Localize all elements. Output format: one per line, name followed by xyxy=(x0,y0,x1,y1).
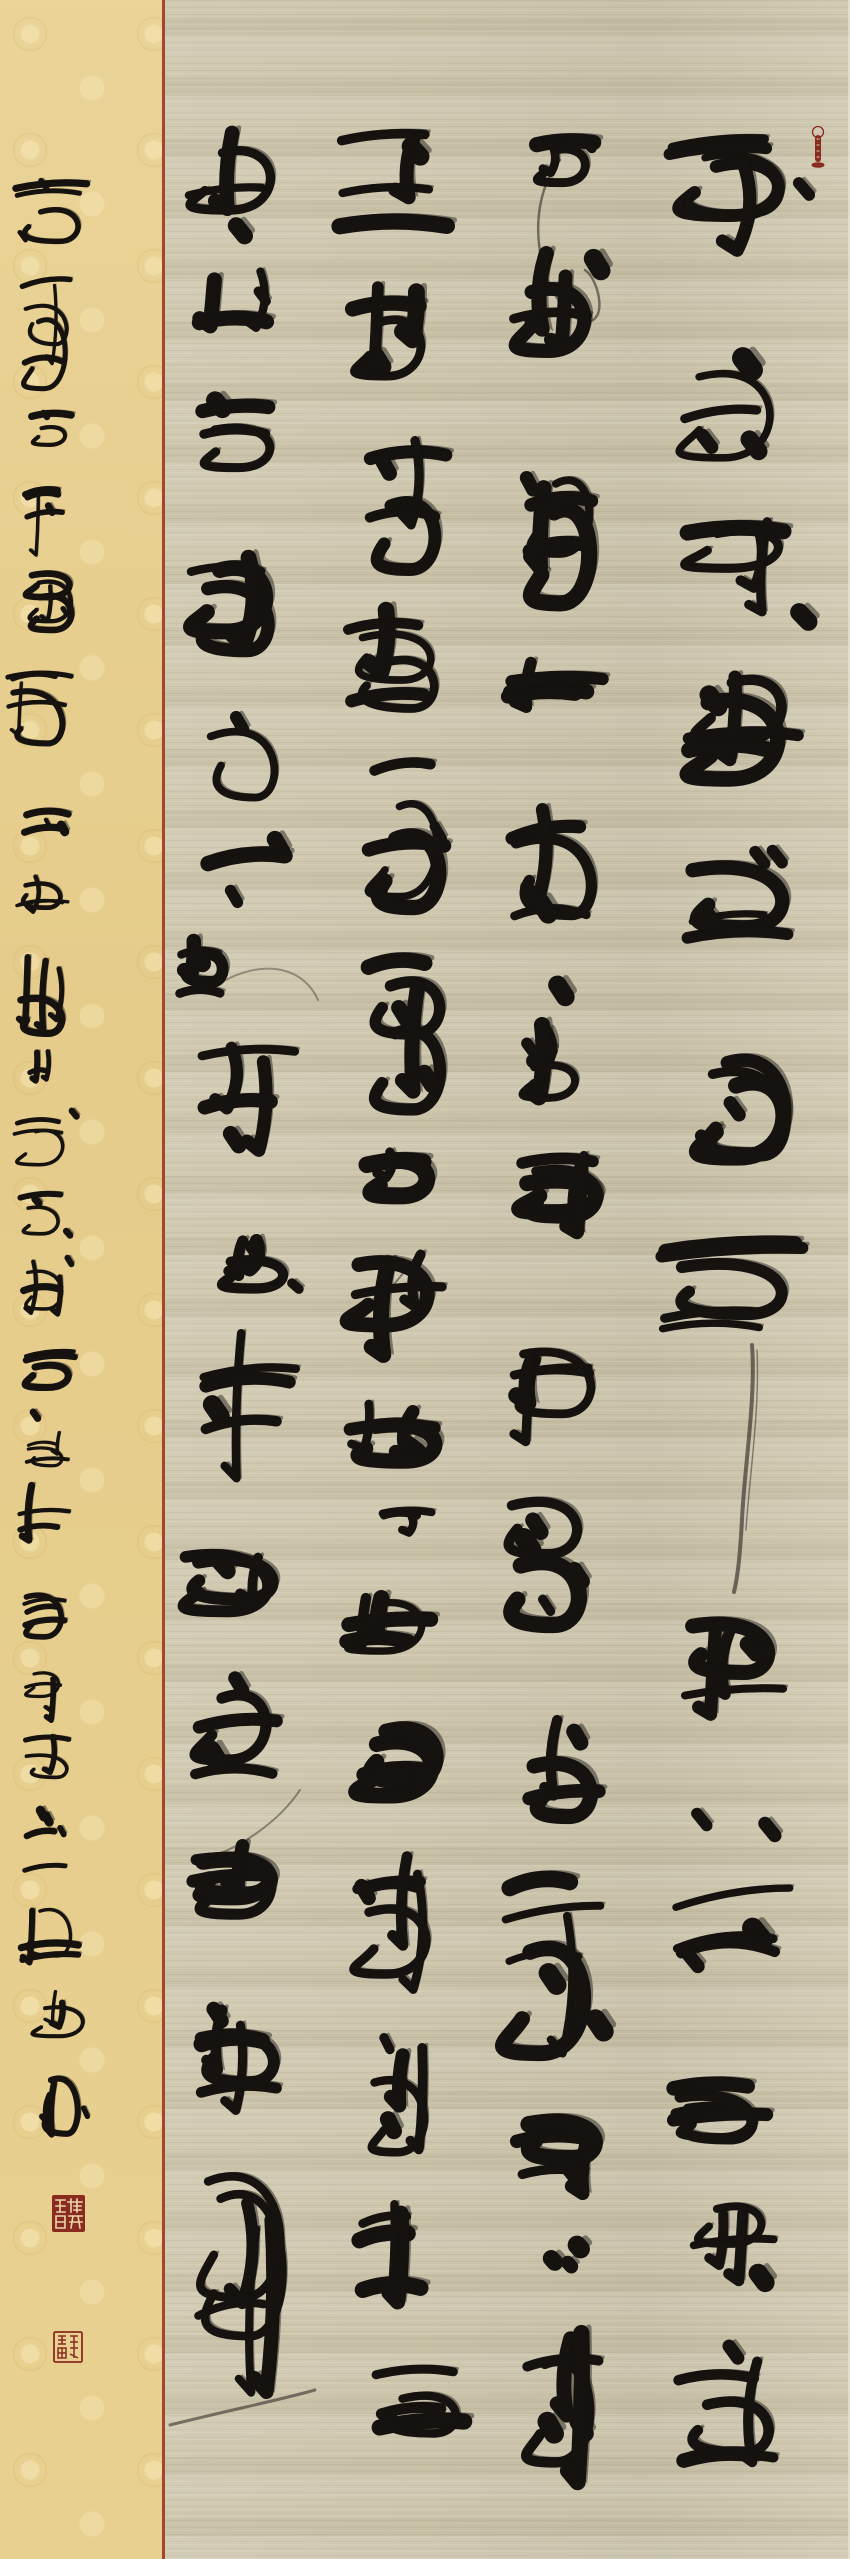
poem-glyph: 迎 xyxy=(350,1682,458,1815)
poem-glyph: 去 xyxy=(168,1520,298,1645)
inscription-glyph: 臣 xyxy=(20,475,76,560)
poem-glyph: 口 xyxy=(540,2233,592,2283)
poem-glyph: 浩 xyxy=(512,1140,624,1250)
brush-strokes xyxy=(362,2022,446,2169)
brush-strokes xyxy=(12,1478,78,1548)
poem-glyph: 也 xyxy=(505,232,609,393)
poem-glyph: 学 xyxy=(524,129,604,199)
poem-glyph: 古 xyxy=(190,391,294,498)
inscription-glyph: 作 xyxy=(22,1421,72,1475)
brush-strokes xyxy=(512,1140,624,1250)
poem-glyph: 晓 xyxy=(184,2144,308,2429)
inscription-glyph: 太 xyxy=(26,408,76,461)
poem-glyph: 楼 xyxy=(498,1328,616,1457)
inscription-glyph: 渡 xyxy=(18,1337,82,1417)
brush-strokes xyxy=(170,919,238,1011)
poem-glyph: 叱 xyxy=(170,919,238,1011)
brush-strokes xyxy=(356,1136,448,1209)
poem-glyph: 渡 xyxy=(338,585,456,738)
poem-glyph: 黄 xyxy=(680,642,808,797)
brush-strokes xyxy=(10,165,92,263)
brush-strokes xyxy=(672,1603,792,1723)
brush-strokes xyxy=(540,2233,592,2283)
brush-strokes xyxy=(340,1233,456,1367)
brush-strokes xyxy=(328,119,464,247)
brush-strokes xyxy=(20,1728,78,1781)
poem-glyph: 迎 xyxy=(512,1010,596,1110)
inscription-glyph: 京 xyxy=(20,1805,70,1886)
poem-glyph: 是 xyxy=(366,2354,478,2484)
poem-glyph: 在 xyxy=(176,115,296,245)
brush-strokes xyxy=(20,1563,74,1658)
brush-strokes xyxy=(360,738,460,916)
poem-glyph: 泯 xyxy=(188,253,292,375)
brush-strokes xyxy=(512,1010,596,1110)
brush-strokes xyxy=(26,408,76,461)
poem-glyph: 留 xyxy=(362,2022,446,2169)
poem-glyph: 庭 xyxy=(186,1975,298,2136)
poem-glyph: 古 xyxy=(356,942,462,1118)
brush-strokes xyxy=(168,1520,298,1645)
inscription-glyph: 京 xyxy=(12,852,72,935)
poem-glyph: 馆 xyxy=(668,2334,792,2484)
brush-strokes xyxy=(180,529,290,659)
brush-strokes xyxy=(684,2185,784,2302)
brush-strokes xyxy=(24,1984,98,2044)
brush-strokes xyxy=(190,391,294,498)
inscription-glyph: 語 xyxy=(12,1478,78,1548)
poem-glyph: 船 xyxy=(664,2071,776,2171)
brush-strokes xyxy=(490,1477,602,1646)
poem-glyph: 想 xyxy=(336,1385,460,1470)
brush-strokes xyxy=(494,1855,610,2084)
brush-strokes xyxy=(20,1805,70,1886)
brush-strokes xyxy=(348,1833,452,2001)
brush-strokes xyxy=(668,298,800,487)
inscription-glyph: 河 xyxy=(16,1189,70,1243)
poem-glyph: 去 xyxy=(518,433,610,622)
brush-strokes xyxy=(518,433,610,622)
poem-glyph: 风 xyxy=(686,995,810,1166)
brush-strokes xyxy=(336,1579,446,1670)
brush-strokes xyxy=(505,232,609,393)
poem-glyph: 兰 xyxy=(668,298,800,487)
poem-glyph: 长 xyxy=(497,645,613,731)
poem-glyph: 千 xyxy=(666,1735,806,2062)
brush-strokes xyxy=(676,505,808,625)
inscription-glyph: 華 xyxy=(14,1886,82,1981)
inscription-glyph: 當 xyxy=(18,269,78,403)
inscription-glyph: 首 xyxy=(20,765,72,850)
poem-glyph: 昔 xyxy=(350,2173,434,2324)
brush-strokes xyxy=(350,2173,434,2324)
brush-strokes xyxy=(188,253,292,375)
brush-strokes xyxy=(182,1828,294,1931)
poem-glyph: 柳 xyxy=(652,1201,812,1351)
inscription-glyph: 之 xyxy=(26,1046,60,1087)
brush-strokes xyxy=(206,1225,306,1300)
brush-strokes xyxy=(338,585,456,738)
brush-strokes xyxy=(186,1975,298,2136)
poem-glyph: 方 xyxy=(336,1579,446,1670)
brush-strokes xyxy=(680,642,808,797)
poem-glyph: 渡 xyxy=(508,2104,618,2223)
leading-seal-icon xyxy=(809,125,827,171)
artist-seal-intaglio-icon xyxy=(53,2331,83,2363)
brush-strokes xyxy=(10,1100,76,1171)
poem-glyph: 滩 xyxy=(516,2302,612,2491)
brush-strokes xyxy=(497,645,613,731)
inscription-glyph: 高 xyxy=(24,1984,98,2044)
inscription-glyph: 為 xyxy=(10,165,92,263)
brush-strokes xyxy=(360,406,456,578)
poem-glyph: 会 xyxy=(684,2185,784,2302)
poem-glyph: 八 xyxy=(372,1500,442,1548)
poem-glyph: 咤 xyxy=(190,1018,306,1171)
poem-glyph: 流 xyxy=(676,837,812,987)
brush-strokes xyxy=(190,1018,306,1171)
poem-glyph: 王 xyxy=(182,1828,294,1931)
poem-glyph: 号 xyxy=(196,689,296,903)
poem-glyph: 渡 xyxy=(180,529,290,659)
brush-strokes xyxy=(176,115,296,245)
brush-strokes xyxy=(22,1665,70,1724)
poem-glyph: 河 xyxy=(676,505,808,625)
brush-strokes xyxy=(4,662,76,760)
poem-glyph: 在 xyxy=(490,1477,602,1646)
inscription-glyph: 新 xyxy=(18,1252,74,1332)
artist-seal-relief-icon xyxy=(52,2195,85,2232)
brush-strokes xyxy=(18,1337,82,1417)
poem-glyph: 路 xyxy=(344,253,444,393)
brush-strokes xyxy=(186,1645,290,1813)
brush-strokes xyxy=(502,772,614,1000)
brush-strokes xyxy=(18,269,78,403)
brush-strokes xyxy=(350,1682,458,1815)
poem-glyph: 去 xyxy=(360,406,456,578)
brush-strokes xyxy=(668,2334,792,2484)
inscription-glyph: 河 xyxy=(22,564,84,640)
brush-strokes xyxy=(508,2104,618,2223)
brush-strokes xyxy=(664,2071,776,2171)
brush-strokes xyxy=(652,1201,812,1351)
brush-strokes xyxy=(336,1385,460,1470)
inscription-glyph: 書 xyxy=(34,2062,88,2167)
brush-strokes xyxy=(22,1421,72,1475)
brush-strokes xyxy=(498,1328,616,1457)
brush-strokes xyxy=(196,689,296,903)
poem-glyph: 客 xyxy=(348,1833,452,2001)
brush-strokes xyxy=(372,1500,442,1548)
inscription-glyph: 詞 xyxy=(20,1728,78,1781)
brush-strokes xyxy=(344,253,444,393)
inscription-glyph: 荷 xyxy=(20,1563,74,1658)
inscription-glyph: 黄 xyxy=(10,1100,76,1171)
poem-glyph: 沙 xyxy=(660,120,808,275)
poem-glyph: 易 xyxy=(190,1300,308,1505)
brush-strokes xyxy=(676,837,812,987)
brush-strokes xyxy=(12,852,72,935)
brush-strokes xyxy=(516,2302,612,2491)
brush-strokes xyxy=(520,1686,612,1825)
brush-strokes xyxy=(16,1189,70,1243)
brush-strokes xyxy=(20,475,76,560)
inscription-glyph: 觀 xyxy=(12,948,74,1037)
brush-strokes xyxy=(666,1735,806,2062)
brush-strokes xyxy=(14,1886,82,1981)
brush-strokes xyxy=(190,1300,308,1505)
brush-strokes xyxy=(366,2354,478,2484)
poem-glyph: 鹤 xyxy=(340,1233,456,1367)
inscription-glyph: 以 xyxy=(22,1665,70,1724)
poem-glyph: 一 xyxy=(206,1225,306,1300)
brush-strokes xyxy=(22,564,84,640)
poem-glyph: 远 xyxy=(360,738,460,916)
brush-strokes xyxy=(356,942,462,1118)
poem-glyph: 到 xyxy=(186,1645,290,1813)
poem-glyph: 索 xyxy=(520,1686,612,1825)
poem-glyph: 山 xyxy=(356,1136,448,1209)
poem-glyph: 绿 xyxy=(672,1603,792,1723)
poem-glyph: 湾 xyxy=(502,772,614,1000)
inscription-glyph: 府 xyxy=(4,662,76,760)
brush-strokes xyxy=(20,765,72,850)
brush-strokes xyxy=(34,2062,88,2167)
poem-glyph: 年 xyxy=(494,1855,610,2084)
brush-strokes xyxy=(686,995,810,1166)
brush-strokes xyxy=(660,120,808,275)
brush-strokes xyxy=(184,2144,308,2429)
poem-glyph: 稣 xyxy=(328,119,464,247)
brush-strokes xyxy=(18,1252,74,1332)
brush-strokes xyxy=(524,129,604,199)
brush-strokes xyxy=(12,948,74,1037)
brush-strokes xyxy=(26,1046,60,1087)
